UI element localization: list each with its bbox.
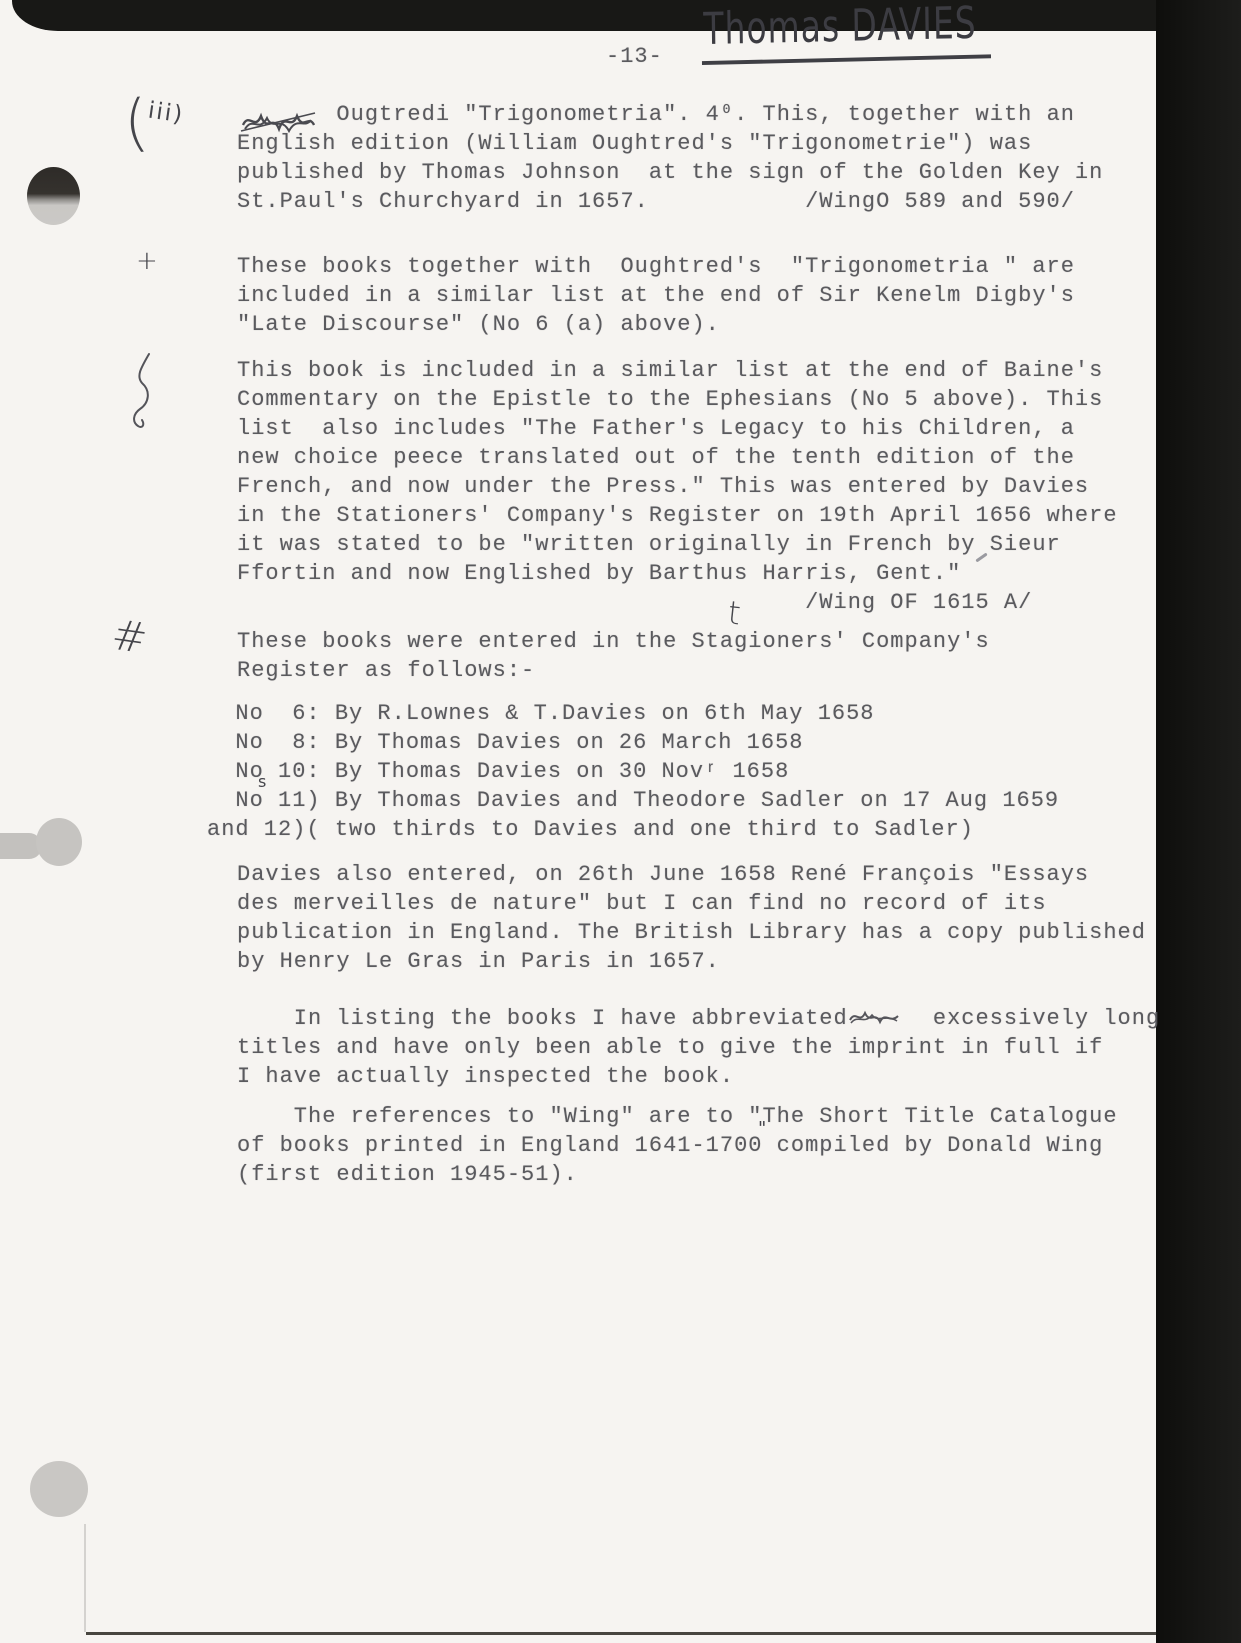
paragraph-listing-note: In listing the books I have abbreviated …	[237, 1004, 1160, 1091]
underlying-sheet-edge	[84, 1524, 86, 1632]
paragraph-rene-francois: Davies also entered, on 26th June 1658 R…	[237, 860, 1146, 976]
page-number: -13-	[606, 42, 663, 71]
punch-hole-bottom	[30, 1461, 88, 1517]
scanned-page: -13- Thomas DAVIES ( iii) + # s t " Ougt…	[0, 0, 1241, 1643]
register-entries-list: No 6: By R.Lownes & T.Davies on 6th May …	[207, 699, 1059, 844]
page-title-handwritten: Thomas DAVIES	[701, 0, 990, 65]
paragraph-wing-reference: The references to "Wing" are to "The Sho…	[237, 1102, 1118, 1189]
item-numeral: iii)	[147, 98, 186, 129]
paragraph-baine-commentary: This book is included in a similar list …	[237, 356, 1118, 617]
margin-mark-squiggle	[126, 350, 156, 445]
punch-hole-middle	[36, 818, 82, 866]
paragraph-register-intro: These books were entered in the Stagione…	[237, 627, 990, 685]
margin-mark-hash: #	[109, 610, 151, 663]
paragraph-digby-late-discourse: These books together with Oughtred's "Tr…	[237, 252, 1075, 339]
scan-border-top	[12, 0, 1241, 31]
margin-mark-plus: +	[136, 246, 158, 276]
paragraph-oughtred-trigonometria: Ougtredi "Trigonometria". 4⁰. This, toge…	[237, 100, 1103, 216]
punch-hole-top	[27, 167, 80, 225]
scan-border-right	[1156, 0, 1241, 1643]
scan-bottom-edge-line	[86, 1632, 1156, 1635]
margin-mark-item-iii: ( iii)	[124, 94, 184, 153]
